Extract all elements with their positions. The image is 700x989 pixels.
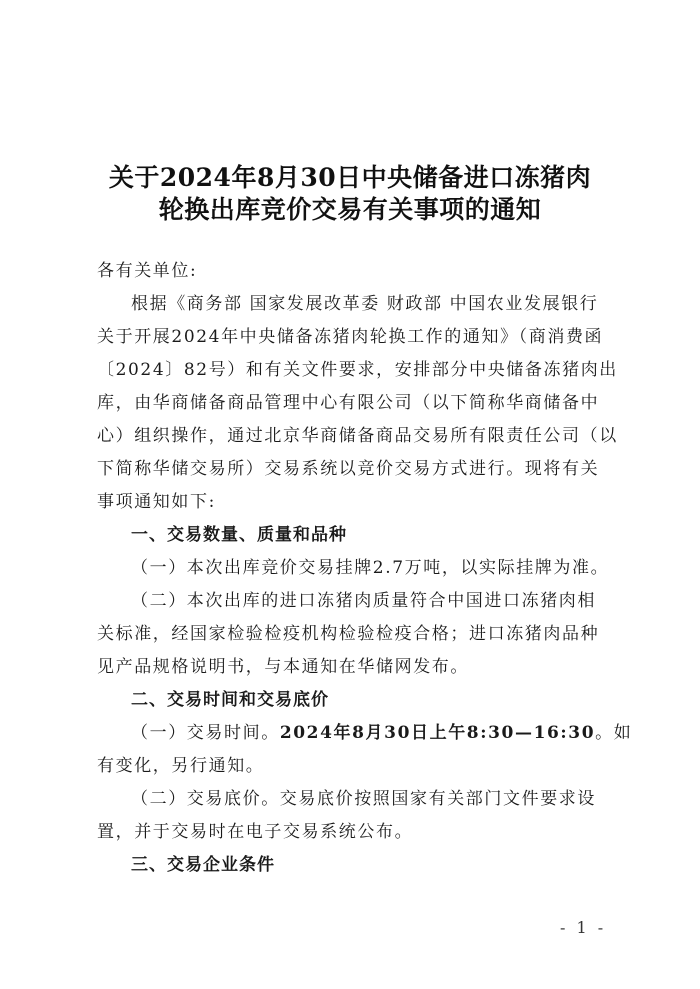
document-title-line-2: 轮换出库竞价交易有关事项的通知 bbox=[0, 194, 700, 226]
section-1-item-2-line-3: 见产品规格说明书，与本通知在华储网发布。 bbox=[97, 651, 607, 684]
document-page: 关于2024年8月30日中央储备进口冻猪肉 轮换出库竞价交易有关事项的通知 各有… bbox=[0, 0, 700, 989]
section-1-heading: 一、交易数量、质量和品种 bbox=[131, 519, 607, 552]
page-number: - 1 - bbox=[560, 918, 606, 937]
salutation: 各有关单位: bbox=[97, 255, 607, 288]
section-1-item-2-line-2: 关标准，经国家检验检疫机构检验检疫合格；进口冻猪肉品种 bbox=[97, 618, 607, 651]
section-2-item-2-line-2: 置，并于交易时在电子交易系统公布。 bbox=[97, 816, 607, 849]
intro-line-7: 事项通知如下: bbox=[97, 486, 607, 519]
section-1-item-1: （一）本次出库竞价交易挂牌2.7万吨，以实际挂牌为准。 bbox=[131, 552, 607, 585]
section-2-item-1-line-1: （一）交易时间。2024年8月30日上午8:30—16:30。如 bbox=[131, 717, 607, 750]
section-3-heading: 三、交易企业条件 bbox=[131, 849, 607, 882]
intro-line-3: 〔2024〕82号）和有关文件要求，安排部分中央储备冻猪肉出 bbox=[97, 354, 607, 387]
section-2-heading: 二、交易时间和交易底价 bbox=[131, 684, 607, 717]
trade-time-label: （一）交易时间。 bbox=[131, 723, 280, 743]
intro-line-6: 下简称华储交易所）交易系统以竞价交易方式进行。现将有关 bbox=[97, 453, 607, 486]
intro-line-2: 关于开展2024年中央储备冻猪肉轮换工作的通知》（商消费函 bbox=[97, 321, 607, 354]
intro-line-1: 根据《商务部 国家发展改革委 财政部 中国农业发展银行 bbox=[131, 288, 607, 321]
intro-line-4: 库，由华商储备商品管理中心有限公司（以下简称华商储备中 bbox=[97, 387, 607, 420]
section-2-item-2-line-1: （二）交易底价。交易底价按照国家有关部门文件要求设 bbox=[131, 783, 607, 816]
trade-time-value: 2024年8月30日上午8:30—16:30 bbox=[280, 723, 595, 743]
section-1-item-2-line-1: （二）本次出库的进口冻猪肉质量符合中国进口冻猪肉相 bbox=[131, 585, 607, 618]
trade-time-suffix: 。如 bbox=[595, 723, 632, 743]
intro-line-5: 心）组织操作，通过北京华商储备商品交易所有限责任公司（以 bbox=[97, 420, 607, 453]
section-2-item-1-line-2: 有变化，另行通知。 bbox=[97, 750, 607, 783]
document-title-line-1: 关于2024年8月30日中央储备进口冻猪肉 bbox=[0, 162, 700, 194]
